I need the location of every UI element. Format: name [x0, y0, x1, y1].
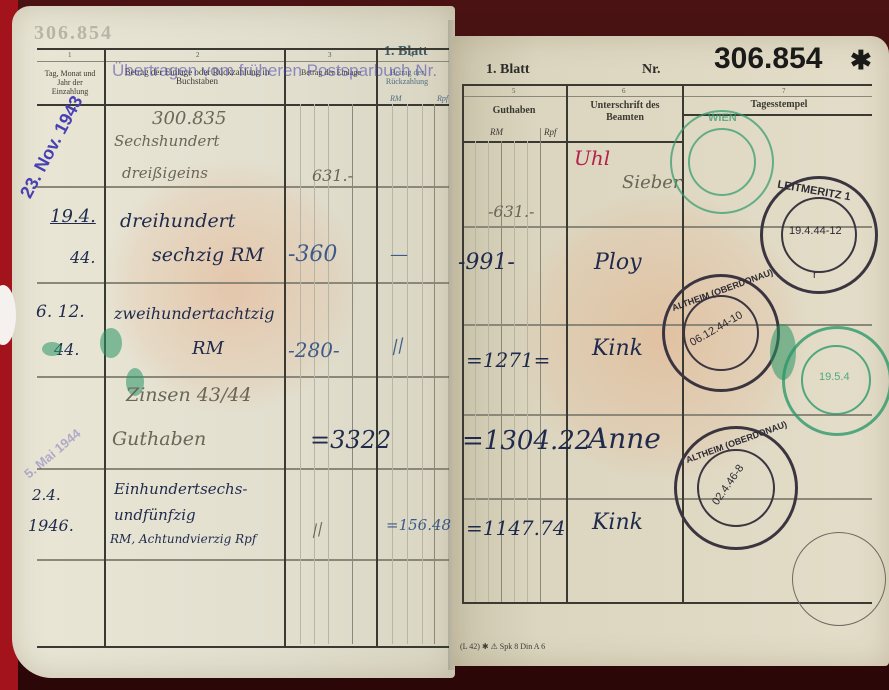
rule	[376, 48, 378, 648]
ink-blot	[42, 342, 62, 356]
sheet-label: 1. Blatt	[486, 62, 530, 78]
rule	[566, 84, 568, 604]
column-number: 1	[68, 51, 72, 59]
rule	[37, 48, 449, 50]
rule	[314, 104, 315, 644]
number-label: Nr.	[642, 62, 661, 78]
empty-stamp-circle	[792, 532, 886, 626]
rule	[434, 104, 435, 644]
ink-blot	[100, 328, 122, 358]
stamp-altheim-1946: ALTHEIM (OBERDONAU) 02.4.46-8	[674, 426, 798, 550]
entry-4-words: Zinsen 43/44	[126, 384, 252, 406]
rule	[392, 104, 393, 644]
balance-5: =1147.74	[466, 516, 565, 540]
star-icon: ✱	[850, 46, 872, 76]
column-number: 6	[622, 87, 626, 95]
signature: Kink	[592, 510, 643, 535]
header-rpf: Rpf	[437, 94, 448, 103]
entry-5-words: undfünfzig	[114, 506, 196, 524]
stamp-leitmeritz: LEITMERITZ 1 19.4.44-12 r	[760, 176, 878, 294]
entry-2-date: 44.	[70, 248, 95, 267]
balance-1: -631.-	[488, 202, 534, 221]
book-number: 306.854	[714, 42, 822, 76]
column-number: 4	[410, 51, 414, 59]
balance-4: =1304.22	[462, 426, 591, 456]
rule	[462, 141, 684, 143]
rule	[300, 104, 301, 644]
left-page: 306.854 1. Blatt 1 2 3 4 Tag, Monat und …	[12, 6, 455, 678]
entry-2-withdrawal: —	[390, 244, 408, 265]
rule	[37, 282, 449, 284]
entry-1-words: 300.835	[152, 108, 226, 129]
entry-1-deposit: 631.-	[312, 166, 353, 185]
rule	[462, 498, 872, 500]
stamp-altheim-1944: ALTHEIM (OBERDONAU) 06.12.44-10	[662, 274, 780, 392]
faded-header-stamp: 306.854	[34, 22, 113, 45]
balance-3: =1271=	[466, 348, 550, 372]
rule	[462, 84, 872, 86]
right-page: 1. Blatt Nr. 306.854 ✱ 5 6 7 Guthaben RM…	[452, 36, 889, 666]
stamp-green-1945: 19.5.4	[782, 326, 889, 436]
header-rm: RM	[490, 128, 503, 137]
entry-3-date: 6. 12.	[36, 302, 85, 322]
sheet-label: 1. Blatt	[384, 44, 428, 60]
header-signature: Unterschrift des Beamten	[590, 100, 660, 124]
rule	[352, 104, 353, 644]
entry-2-deposit: -360	[288, 242, 337, 267]
header-day-stamp: Tagesstempel	[684, 100, 874, 109]
entry-4-words: Guthaben	[112, 428, 206, 450]
header-balance: Guthaben	[464, 106, 564, 115]
entry-3-words: RM	[192, 338, 224, 359]
balance-2: -991-	[458, 250, 515, 275]
footer-print: (L 42) ✱ ⚠ Spk 8 Din A 6	[460, 642, 545, 651]
column-number: 3	[328, 51, 332, 59]
entry-5-date: 2.4.	[32, 486, 61, 504]
rule	[328, 104, 329, 644]
rule	[407, 104, 408, 644]
entry-1-words: Sechshundert	[114, 132, 220, 150]
rule	[422, 104, 423, 644]
signature: Ploy	[594, 250, 642, 275]
column-number: 2	[196, 51, 200, 59]
entry-5-words: Einhundertsechs-	[114, 480, 247, 498]
header-rpf: Rpf	[544, 128, 557, 137]
entry-2-words: dreihundert	[120, 210, 235, 232]
entry-1-words: dreißigeins	[122, 164, 208, 182]
faded-date-stamp: 5. Mai 1944	[21, 426, 83, 482]
column-number: 7	[782, 87, 786, 95]
stamp-wien: WIEN	[670, 110, 774, 214]
entry-5-words: RM, Achtundvierzig Rpf	[110, 532, 256, 546]
rule	[37, 559, 449, 561]
overprint-stamp: Übertragen vom früheren Postsparbuch Nr.	[112, 61, 437, 81]
rule	[37, 376, 449, 378]
header-rm: RM	[390, 94, 402, 103]
entry-2-words: sechzig RM	[152, 244, 264, 266]
signature: Kink	[592, 336, 643, 361]
ink-blot	[770, 324, 796, 380]
rule	[284, 48, 286, 648]
rule	[462, 96, 872, 97]
entry-5-date: 1946.	[28, 516, 74, 535]
signature-red: Uhl	[574, 146, 610, 170]
entry-3-deposit: -280-	[288, 338, 340, 362]
entry-4-deposit: =3322	[310, 426, 391, 454]
column-number: 5	[512, 87, 516, 95]
rule	[37, 186, 449, 188]
entry-5-deposit: //	[310, 519, 325, 540]
entry-3-words: zweihundertachtzig	[114, 304, 274, 323]
rule	[462, 84, 464, 604]
entry-2-date: 19.4.	[50, 206, 96, 227]
rule	[37, 104, 449, 106]
header-date: Tag, Monat und Jahr der Einzahlung	[39, 69, 101, 96]
signature: Anne	[588, 422, 661, 455]
entry-5-withdrawal: =156.48	[386, 516, 451, 534]
rule	[37, 468, 449, 470]
rule	[37, 646, 449, 648]
